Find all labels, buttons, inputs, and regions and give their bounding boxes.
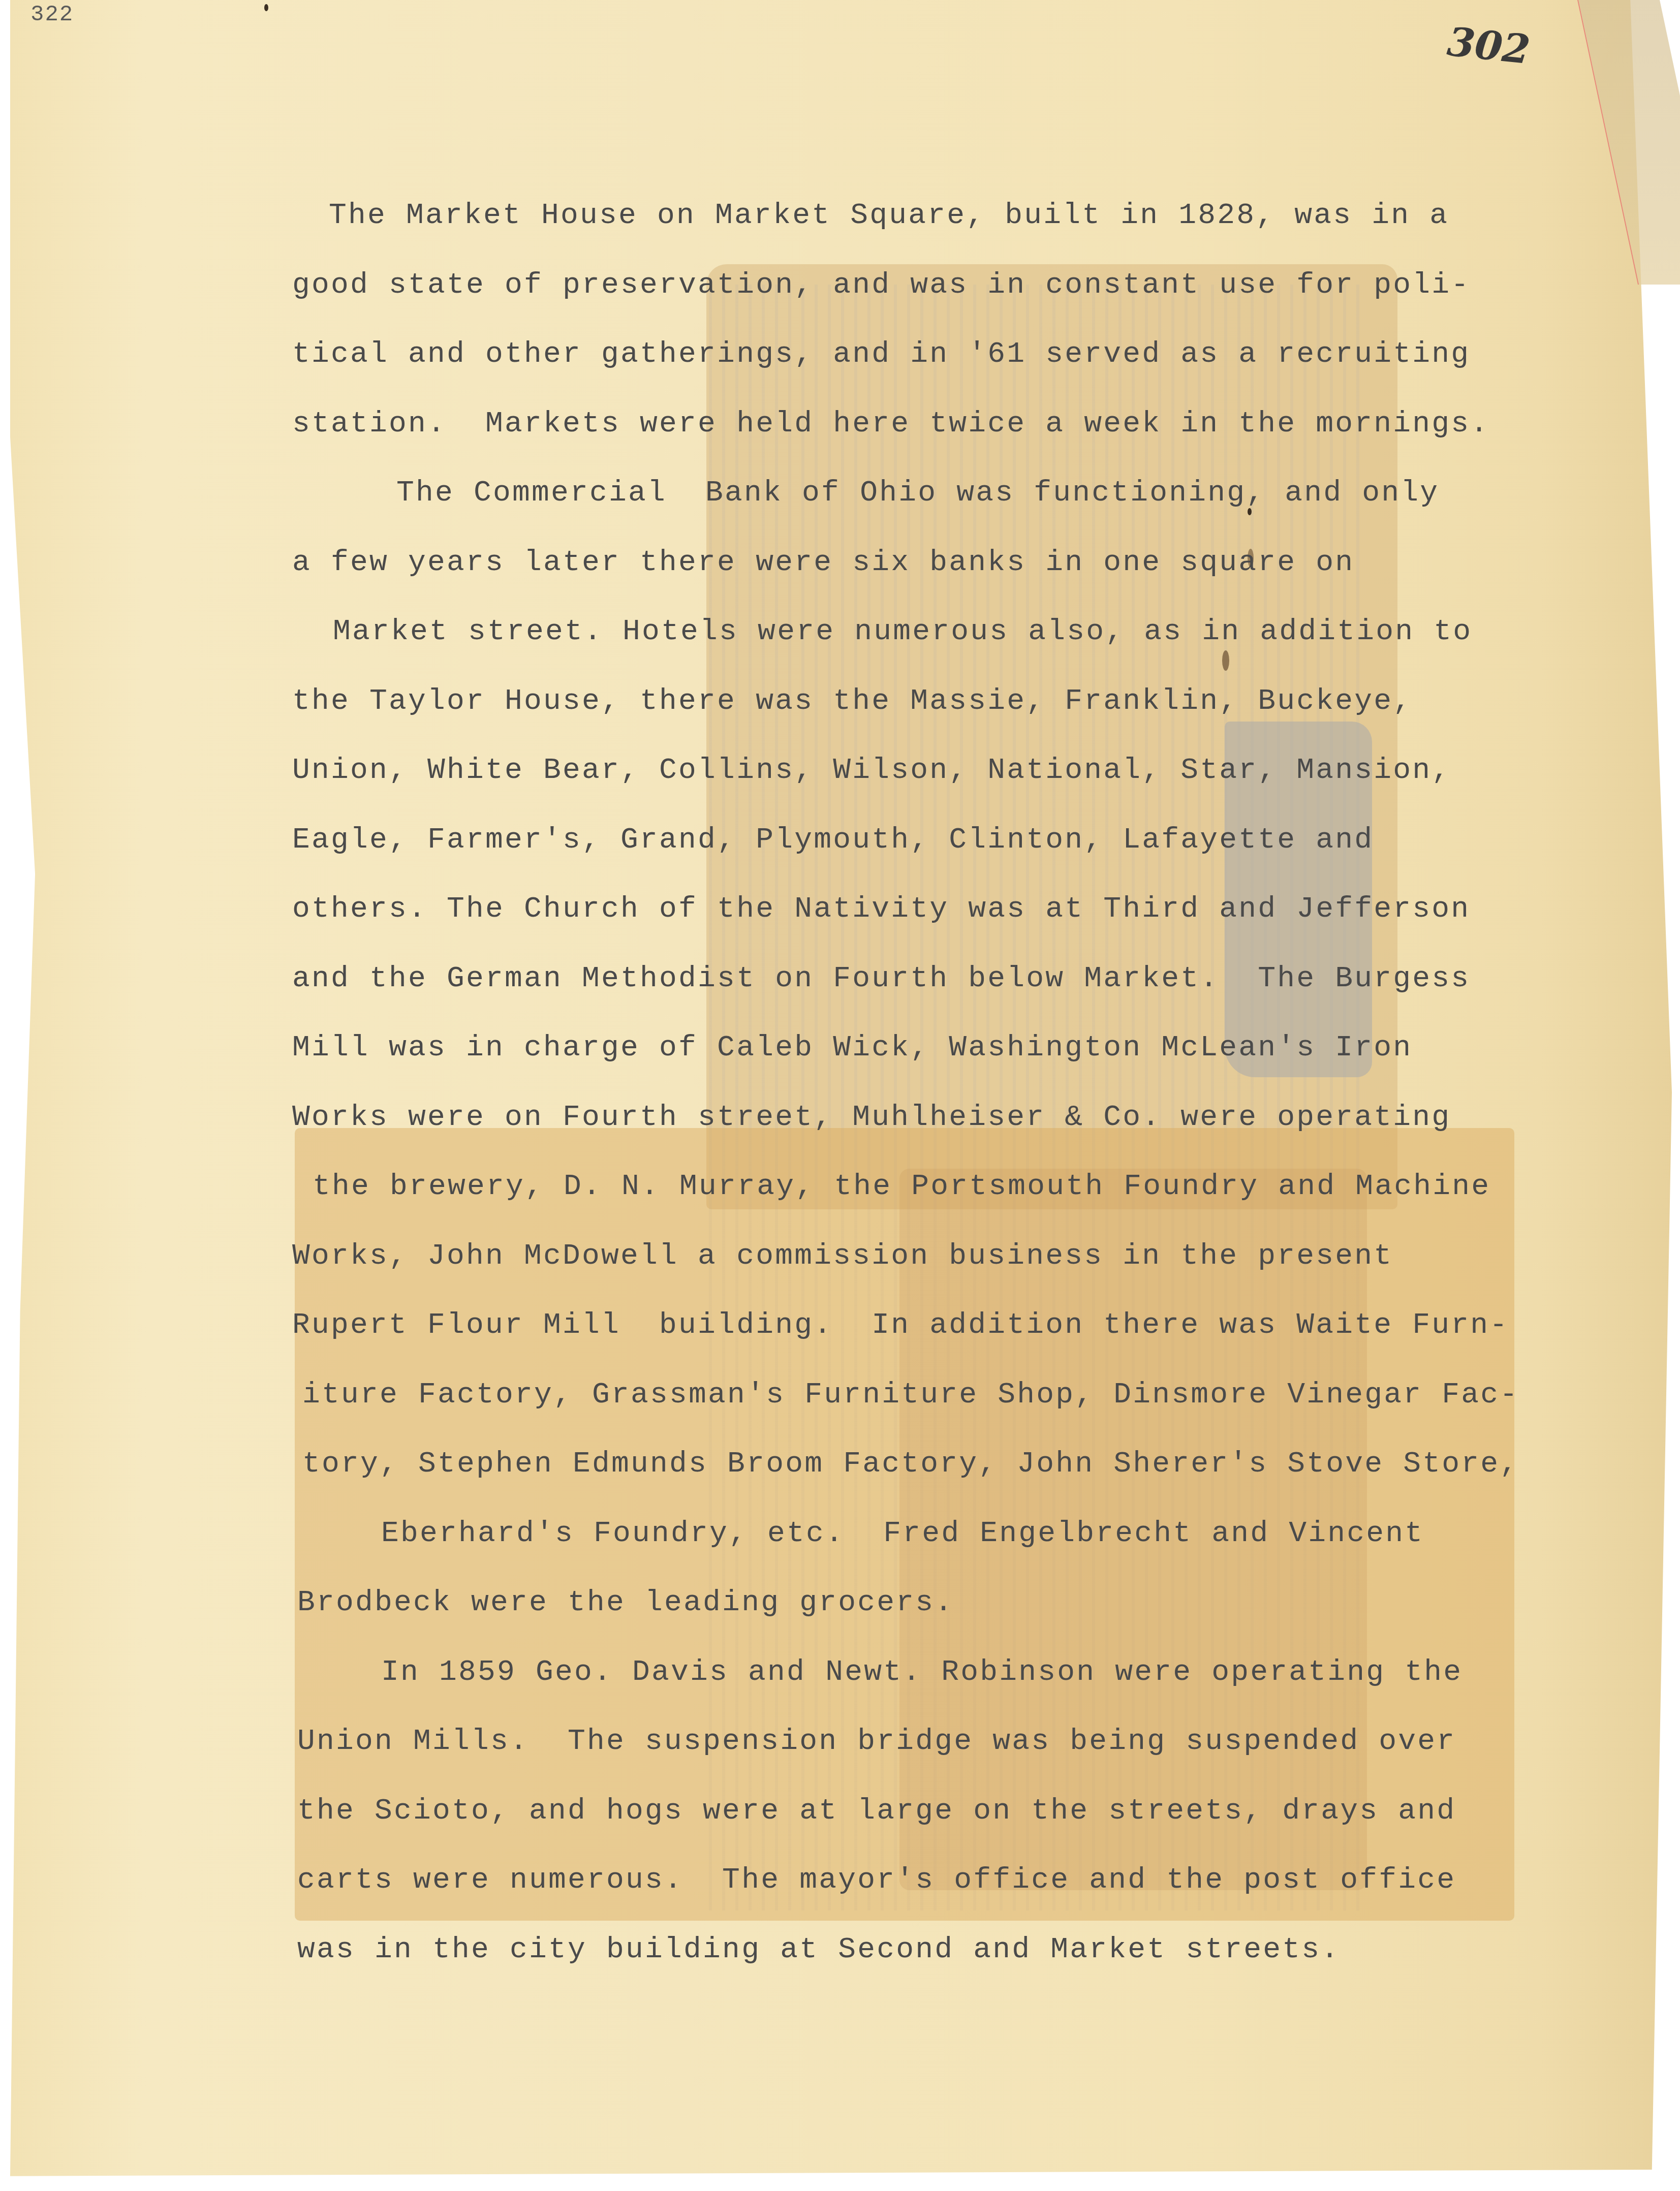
text-line: iture Factory, Grassman's Furniture Shop… xyxy=(292,1375,1613,1445)
text-line: a few years later there were six banks i… xyxy=(292,543,1613,612)
text-line: the Scioto, and hogs were at large on th… xyxy=(292,1791,1613,1861)
text-line: the brewery, D. N. Murray, the Portsmout… xyxy=(292,1167,1613,1236)
text-line: Mill was in charge of Caleb Wick, Washin… xyxy=(292,1028,1613,1098)
text-line: tory, Stephen Edmunds Broom Factory, Joh… xyxy=(292,1444,1613,1514)
text-line: Rupert Flour Mill building. In addition … xyxy=(292,1305,1613,1375)
text-line: Brodbeck were the leading grocers. xyxy=(292,1583,1613,1652)
text-line: others. The Church of the Nativity was a… xyxy=(292,889,1613,959)
text-line: Union, White Bear, Collins, Wilson, Nati… xyxy=(292,750,1613,820)
text-line: Works, John McDowell a commission busine… xyxy=(292,1236,1613,1306)
handwritten-page-number: 302 xyxy=(1445,19,1532,74)
typed-page-number: 322 xyxy=(30,2,74,27)
text-line: Eberhard's Foundry, etc. Fred Engelbrech… xyxy=(292,1514,1613,1583)
text-line: station. Markets were held here twice a … xyxy=(292,404,1613,474)
text-line: Market street. Hotels were numerous also… xyxy=(292,612,1613,681)
typewritten-text-body: The Market House on Market Square, built… xyxy=(292,196,1613,1999)
text-line: The Market House on Market Square, built… xyxy=(292,196,1613,265)
text-line: Works were on Fourth street, Muhlheiser … xyxy=(292,1098,1613,1167)
text-line: Eagle, Farmer's, Grand, Plymouth, Clinto… xyxy=(292,820,1613,890)
text-line: good state of preservation, and was in c… xyxy=(292,265,1613,335)
ink-speck xyxy=(264,4,268,11)
text-line: Union Mills. The suspension bridge was b… xyxy=(292,1721,1613,1791)
text-line: tical and other gatherings, and in '61 s… xyxy=(292,334,1613,404)
text-line: the Taylor House, there was the Massie, … xyxy=(292,681,1613,751)
text-line: In 1859 Geo. Davis and Newt. Robinson we… xyxy=(292,1652,1613,1722)
text-line: was in the city building at Second and M… xyxy=(292,1930,1613,1999)
text-line: The Commercial Bank of Ohio was function… xyxy=(292,473,1613,543)
text-line: and the German Methodist on Fourth below… xyxy=(292,959,1613,1028)
text-line: carts were numerous. The mayor's office … xyxy=(292,1860,1613,1930)
